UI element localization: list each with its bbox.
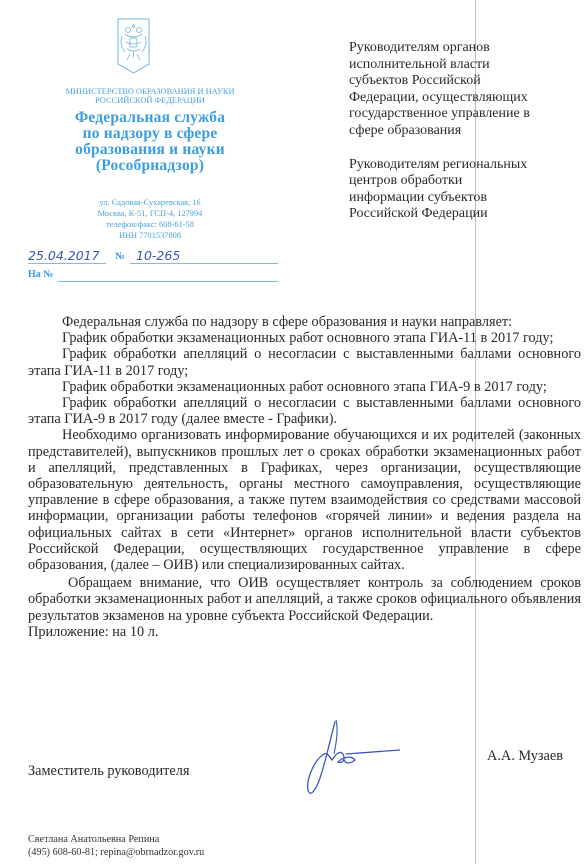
registration-number: 10-265 (130, 249, 278, 264)
addressee-line: Руководителям органов (349, 40, 579, 57)
handwritten-signature-icon (280, 710, 400, 800)
ministry-name: МИНИСТЕРСТВО ОБРАЗОВАНИЯ И НАУКИ РОССИЙС… (40, 87, 260, 105)
reply-number-field (58, 267, 278, 282)
ministry-line: РОССИЙСКОЙ ФЕДЕРАЦИИ (40, 96, 260, 105)
attention-paragraph: Обращаем внимание, что ОИВ осуществляет … (28, 575, 581, 624)
addressee-line: информации субъектов (349, 190, 579, 207)
addressee-line: субъектов Российской (349, 73, 579, 90)
signatory-title: Заместитель руководителя (28, 763, 189, 780)
executor-contacts: (495) 608-60-81; repina@obrnadzor.gov.ru (28, 847, 204, 860)
addressee-section: Руководителям органов исполнительной вла… (349, 40, 579, 240)
schedule-item: График обработки апелляций о несогласии … (28, 346, 581, 378)
addressee-regional-centers: Руководителям региональных центров обраб… (349, 157, 579, 223)
addressee-line: государственное управление в (349, 106, 579, 123)
address-line: Москва, К-51, ГСП-4, 127994 (40, 208, 260, 219)
address-line: ИНН 7701537808 (40, 230, 260, 241)
addressee-executive-bodies: Руководителям органов исполнительной вла… (349, 40, 579, 140)
registration-number-label: № (115, 251, 125, 262)
agency-line: по надзору в сфере (40, 126, 260, 142)
executor-info: Светлана Анатольевна Репина (495) 608-60… (28, 834, 204, 859)
agency-name: Федеральная служба по надзору в сфере об… (40, 110, 260, 174)
signatory-name: А.А. Музаев (487, 748, 563, 765)
ministry-line: МИНИСТЕРСТВО ОБРАЗОВАНИЯ И НАУКИ (40, 87, 260, 96)
addressee-line: сфере образования (349, 123, 579, 140)
addressee-line: Руководителям региональных (349, 157, 579, 174)
addressee-line: Федерации, осуществляющих (349, 90, 579, 107)
agency-line: Федеральная служба (40, 110, 260, 126)
schedule-item: График обработки экзаменационных работ о… (28, 330, 581, 346)
agency-line: образования и науки (40, 142, 260, 158)
intro-paragraph: Федеральная служба по надзору в сфере об… (28, 314, 581, 330)
addressee-line: Российской Федерации (349, 206, 579, 223)
schedule-item: График обработки апелляций о несогласии … (28, 395, 581, 427)
addressee-line: исполнительной власти (349, 57, 579, 74)
attachment-note: Приложение: на 10 л. (28, 624, 581, 640)
reply-row: На № (28, 267, 250, 283)
agency-line: (Рособрнадзор) (40, 158, 260, 174)
registration-row: 25.04.2017 № 10-265 (28, 249, 250, 265)
letter-body: Федеральная служба по надзору в сфере об… (28, 314, 581, 640)
inform-paragraph: Необходимо организовать информирование о… (28, 427, 581, 573)
address-line: ул. Садовая-Сухаревская, 16 (40, 197, 260, 208)
reply-number-label: На № (28, 269, 53, 280)
address-line: телефон/факс: 608-61-58 (40, 219, 260, 230)
agency-address: ул. Садовая-Сухаревская, 16 Москва, К-51… (40, 197, 260, 241)
addressee-line: центров обработки (349, 173, 579, 190)
executor-name: Светлана Анатольевна Репина (28, 834, 204, 847)
coat-of-arms-icon (117, 18, 150, 74)
schedule-item: График обработки экзаменационных работ о… (28, 379, 581, 395)
registration-date: 25.04.2017 (28, 249, 106, 264)
